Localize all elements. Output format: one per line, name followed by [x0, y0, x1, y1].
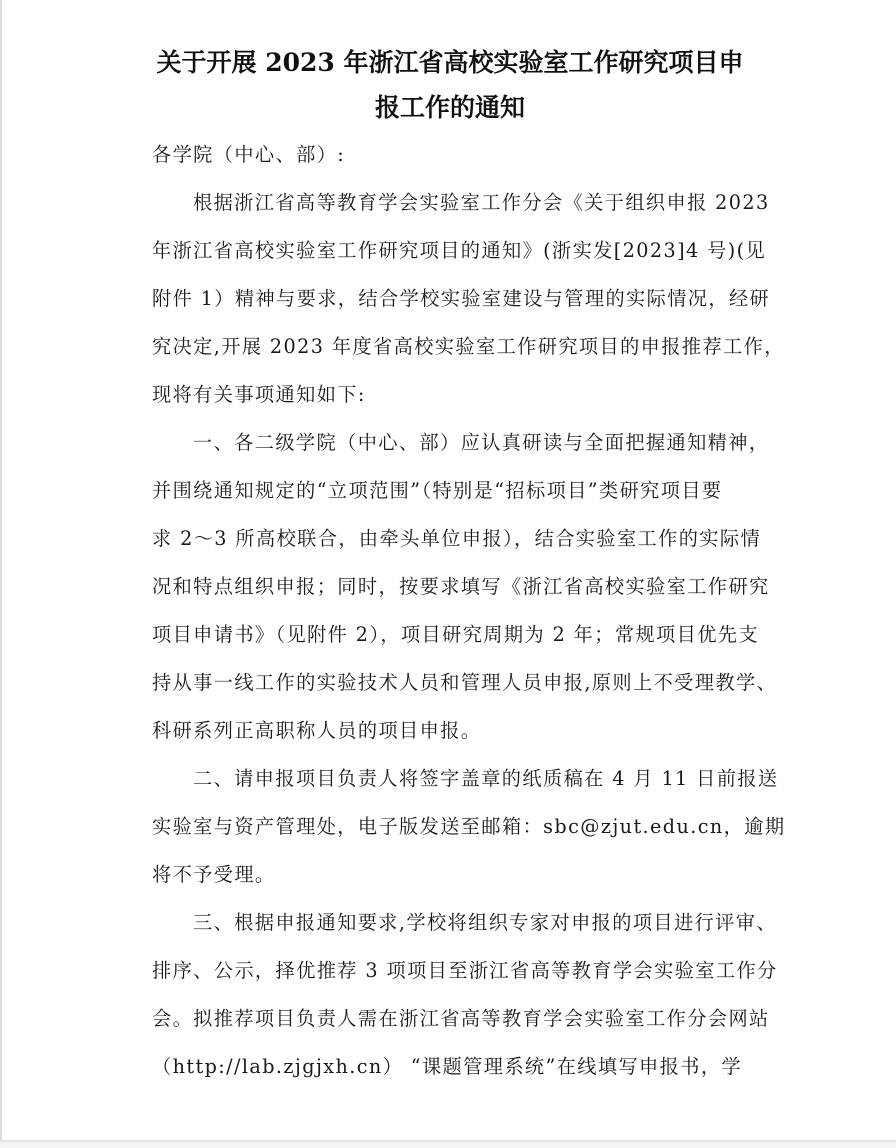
item-3-line-3: 会。拟推荐项目负责人需在浙江省高等教育学会实验室工作分会网站: [152, 1007, 770, 1031]
document-page: 关于开展 2023 年浙江省高校实验室工作研究项目申 报工作的通知 各学院（中心…: [0, 0, 896, 1142]
item-2-line-2: 实验室与资产管理处，电子版发送至邮箱：sbc@zjut.edu.cn，逾期: [152, 815, 785, 839]
item-1-line-2: 并围绕通知规定的“立项范围”（特别是“招标项目”类研究项目要: [152, 479, 723, 503]
item-2-line-3: 将不予受理。: [152, 863, 276, 887]
intro-line-4: 究决定,开展 2023 年度省高校实验室工作研究项目的申报推荐工作，: [152, 335, 785, 359]
item-1-line-5: 项目申请书》（见附件 2），项目研究周期为 2 年；常规项目优先支: [152, 623, 759, 647]
item-3-line-4: （http://lab.zjgjxh.cn） “课题管理系统”在线填写申报书，学: [152, 1055, 742, 1079]
item-1-line-4: 况和特点组织申报；同时，按要求填写《浙江省高校实验室工作研究: [152, 575, 770, 599]
item-1-line-1: 一、各二级学院（中心、部）应认真研读与全面把握通知精神，: [193, 431, 769, 455]
item-1-line-7: 科研系列正高职称人员的项目申报。: [152, 719, 481, 743]
document-title-line-2: 报工作的通知: [2, 88, 896, 124]
intro-line-2: 年浙江省高校实验室工作研究项目的通知》(浙实发[2023]4 号)(见: [152, 239, 766, 263]
item-1-line-6: 持从事一线工作的实验技术人员和管理人员申报,原则上不受理教学、: [152, 671, 777, 695]
salutation: 各学院（中心、部）:: [152, 143, 345, 167]
document-title-line-1: 关于开展 2023 年浙江省高校实验室工作研究项目申: [2, 43, 896, 79]
item-2-line-1: 二、请申报项目负责人将签字盖章的纸质稿在 4 月 11 日前报送: [193, 767, 779, 791]
item-3-line-1: 三、根据申报通知要求,学校将组织专家对申报的项目进行评审、: [193, 911, 777, 935]
intro-line-1: 根据浙江省高等教育学会实验室工作分会《关于组织申报 2023: [193, 191, 770, 215]
intro-line-5: 现将有关事项通知如下:: [152, 383, 366, 407]
intro-line-3: 附件 1）精神与要求，结合学校实验室建设与管理的实际情况，经研: [152, 287, 770, 311]
item-3-line-2: 排序、公示，择优推荐 3 项项目至浙江省高等教育学会实验室工作分: [152, 959, 778, 983]
item-1-line-3: 求 2～3 所高校联合，由牵头单位申报），结合实验室工作的实际情: [152, 527, 761, 551]
